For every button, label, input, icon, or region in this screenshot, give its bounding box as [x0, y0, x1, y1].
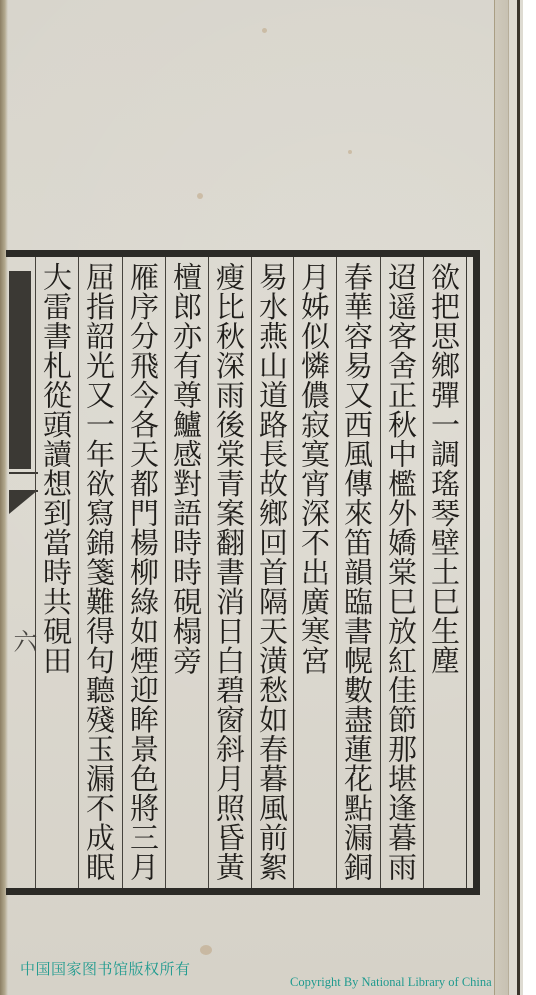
text-column-1: 欲把思鄉彈一調瑤琴壁土巳生塵 [424, 262, 464, 887]
paper-stain [197, 193, 203, 199]
text-column-10: 大雷書札從頭讀想到當時共硯田 [36, 262, 76, 887]
text-column-8: 雁序分飛今各天都門楊柳綠如煙迎眸景色將三月 [123, 262, 163, 887]
fishtail-icon [9, 490, 38, 514]
paper-stain [200, 945, 212, 955]
copyright-watermark-english: Copyright By National Library of China [290, 975, 492, 990]
text-column-2: 迢遥客舍正秋中檻外嬌棠巳放紅佳節那堪逢暮雨 [381, 262, 421, 887]
text-column-3: 春華容易又西風傳來笛韻臨書幌數盡蓮花點漏銅 [337, 262, 377, 887]
black-mouth-block [9, 271, 31, 469]
text-column-5: 易水燕山道路長故鄉回首隔天潢愁如春暮風前絮 [252, 262, 292, 887]
paper-stain [262, 28, 267, 33]
fishtail-bar [9, 472, 38, 492]
book-page: 六 欲把思鄉彈一調瑤琴壁土巳生塵 迢遥客舍正秋中檻外嬌棠巳放紅佳節那堪逢暮雨 春… [0, 0, 508, 995]
text-column-4: 月姊似憐儂寂寞宵深不出廣寒宮 [294, 262, 334, 887]
copyright-watermark-chinese: 中国国家图书馆版权所有 [20, 958, 191, 979]
text-column-6: 瘦比秋深雨後棠青案翻書消日白碧窗斜月照昏黃 [209, 262, 249, 887]
fold-center-banxin: 六 [6, 257, 35, 888]
page-right-margin [494, 0, 509, 995]
binding-shadow [517, 0, 520, 995]
paper-stain [348, 150, 352, 154]
text-column-9: 屈指韶光又一年欲寫錦箋難得句聽殘玉漏不成眠 [79, 262, 119, 887]
text-column-7: 檀郎亦有尊鱸感對語時時硯榻旁 [166, 262, 206, 887]
frame-inner-line [466, 257, 467, 888]
adjacent-leaf-edge [508, 0, 523, 995]
